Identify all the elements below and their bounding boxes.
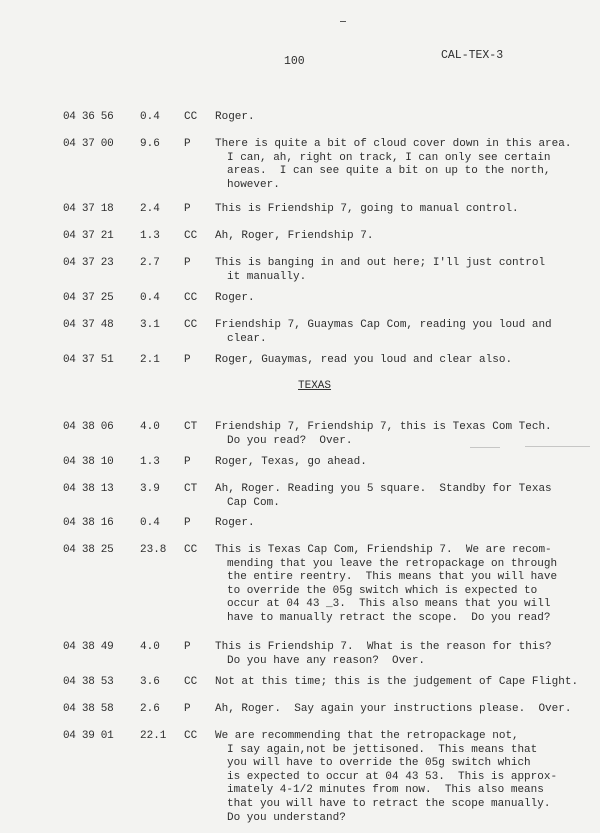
entry-text-line: Roger.: [215, 517, 585, 531]
entry-duration: 4.0: [140, 641, 160, 655]
entry-duration: 4.0: [140, 421, 160, 435]
entry-text: This is banging in and out here; I'll ju…: [215, 257, 585, 284]
entry-speaker: CC: [184, 544, 197, 558]
entry-speaker: CC: [184, 730, 197, 744]
entry-text: Ah, Roger. Say again your instructions p…: [215, 703, 585, 717]
entry-timestamp: 04 37 00: [63, 138, 113, 152]
entry-text-line: clear.: [215, 333, 585, 347]
entry-text-line: Ah, Roger. Reading you 5 square. Standby…: [215, 483, 585, 497]
entry-text-line: Cap Com.: [215, 497, 585, 511]
entry-speaker: CC: [184, 111, 197, 125]
entry-text-line: Friendship 7, Guaymas Cap Com, reading y…: [215, 319, 585, 333]
entry-timestamp: 04 38 58: [63, 703, 113, 717]
entry-speaker: P: [184, 354, 191, 368]
entry-text-line: Roger, Guaymas, read you loud and clear …: [215, 354, 585, 368]
entry-text-line: however.: [215, 179, 585, 193]
entry-text-line: There is quite a bit of cloud cover down…: [215, 138, 585, 152]
entry-timestamp: 04 37 23: [63, 257, 113, 271]
entry-text-line: Ah, Roger, Friendship 7.: [215, 230, 585, 244]
entry-text: Friendship 7, Friendship 7, this is Texa…: [215, 421, 585, 448]
entry-duration: 3.6: [140, 676, 160, 690]
entry-speaker: P: [184, 138, 191, 152]
entry-text-line: Roger.: [215, 292, 585, 306]
entry-text: Roger, Guaymas, read you loud and clear …: [215, 354, 585, 368]
entry-text-line: Do you understand?: [215, 812, 585, 826]
entry-text: Friendship 7, Guaymas Cap Com, reading y…: [215, 319, 585, 346]
entry-text-line: This is Friendship 7. What is the reason…: [215, 641, 585, 655]
entry-text-line: Ah, Roger. Say again your instructions p…: [215, 703, 585, 717]
entry-text-line: to override the 05g switch which is expe…: [215, 585, 585, 599]
entry-text-line: This is Friendship 7, going to manual co…: [215, 203, 585, 217]
entry-text-line: Friendship 7, Friendship 7, this is Texa…: [215, 421, 585, 435]
entry-speaker: P: [184, 641, 191, 655]
entry-text: Roger, Texas, go ahead.: [215, 456, 585, 470]
entry-duration: 2.1: [140, 354, 160, 368]
entry-timestamp: 04 37 18: [63, 203, 113, 217]
entry-timestamp: 04 38 25: [63, 544, 113, 558]
entry-speaker: CC: [184, 230, 197, 244]
entry-duration: 3.9: [140, 483, 160, 497]
entry-speaker: P: [184, 703, 191, 717]
entry-text-line: it manually.: [215, 271, 585, 285]
entry-timestamp: 04 37 21: [63, 230, 113, 244]
entry-text-line: Do you read? Over.: [215, 435, 585, 449]
entry-timestamp: 04 38 10: [63, 456, 113, 470]
entry-text-line: that you will have to retract the scope …: [215, 798, 585, 812]
entry-text-line: you will have to override the 05g switch…: [215, 757, 585, 771]
entry-text: Ah, Roger, Friendship 7.: [215, 230, 585, 244]
entry-text-line: We are recommending that the retropackag…: [215, 730, 585, 744]
entry-text: Roger.: [215, 517, 585, 531]
entry-text-line: areas. I can see quite a bit on up to th…: [215, 165, 585, 179]
transcript-page: 100 CAL-TEX-3 TEXAS 04 36 560.4CCRoger.0…: [0, 0, 600, 833]
entry-text-line: Do you have any reason? Over.: [215, 655, 585, 669]
entry-text: Ah, Roger. Reading you 5 square. Standby…: [215, 483, 585, 510]
entry-speaker: P: [184, 517, 191, 531]
entry-text: This is Texas Cap Com, Friendship 7. We …: [215, 544, 585, 626]
entry-duration: 0.4: [140, 517, 160, 531]
entry-text-line: I say again,not be jettisoned. This mean…: [215, 744, 585, 758]
entry-text-line: Roger.: [215, 111, 585, 125]
entry-speaker: CC: [184, 292, 197, 306]
section-heading: TEXAS: [298, 380, 331, 392]
entry-text-line: This is Texas Cap Com, Friendship 7. We …: [215, 544, 585, 558]
entry-timestamp: 04 38 06: [63, 421, 113, 435]
entry-duration: 1.3: [140, 230, 160, 244]
stray-mark: [340, 21, 346, 22]
entry-text: This is Friendship 7, going to manual co…: [215, 203, 585, 217]
entry-text-line: mending that you leave the retropackage …: [215, 558, 585, 572]
entry-duration: 0.4: [140, 292, 160, 306]
entry-timestamp: 04 38 13: [63, 483, 113, 497]
entry-speaker: P: [184, 456, 191, 470]
entry-text: Roger.: [215, 292, 585, 306]
entry-timestamp: 04 39 01: [63, 730, 113, 744]
entry-timestamp: 04 37 48: [63, 319, 113, 333]
entry-timestamp: 04 38 53: [63, 676, 113, 690]
entry-speaker: CT: [184, 421, 197, 435]
entry-text: Not at this time; this is the judgement …: [215, 676, 585, 690]
entry-text-line: the entire reentry. This means that you …: [215, 571, 585, 585]
entry-text-line: imately 4-1/2 minutes from now. This als…: [215, 784, 585, 798]
entry-duration: 23.8: [140, 544, 166, 558]
entry-duration: 2.6: [140, 703, 160, 717]
entry-duration: 2.4: [140, 203, 160, 217]
entry-timestamp: 04 37 25: [63, 292, 113, 306]
page-number: 100: [284, 55, 305, 68]
document-id: CAL-TEX-3: [441, 49, 503, 62]
entry-text-line: Not at this time; this is the judgement …: [215, 676, 585, 690]
entry-duration: 3.1: [140, 319, 160, 333]
entry-speaker: CC: [184, 319, 197, 333]
entry-text: This is Friendship 7. What is the reason…: [215, 641, 585, 668]
entry-speaker: CT: [184, 483, 197, 497]
entry-text: There is quite a bit of cloud cover down…: [215, 138, 585, 192]
entry-text-line: This is banging in and out here; I'll ju…: [215, 257, 585, 271]
entry-timestamp: 04 38 49: [63, 641, 113, 655]
entry-speaker: P: [184, 203, 191, 217]
entry-timestamp: 04 37 51: [63, 354, 113, 368]
entry-timestamp: 04 36 56: [63, 111, 113, 125]
entry-text-line: occur at 04 43 _3. This also means that …: [215, 598, 585, 612]
entry-text: We are recommending that the retropackag…: [215, 730, 585, 825]
entry-text-line: Roger, Texas, go ahead.: [215, 456, 585, 470]
entry-timestamp: 04 38 16: [63, 517, 113, 531]
entry-duration: 2.7: [140, 257, 160, 271]
entry-speaker: CC: [184, 676, 197, 690]
entry-text-line: have to manually retract the scope. Do y…: [215, 612, 585, 626]
entry-duration: 0.4: [140, 111, 160, 125]
entry-duration: 22.1: [140, 730, 166, 744]
entry-duration: 1.3: [140, 456, 160, 470]
entry-text: Roger.: [215, 111, 585, 125]
entry-duration: 9.6: [140, 138, 160, 152]
entry-text-line: I can, ah, right on track, I can only se…: [215, 152, 585, 166]
entry-text-line: is expected to occur at 04 43 53. This i…: [215, 771, 585, 785]
entry-speaker: P: [184, 257, 191, 271]
